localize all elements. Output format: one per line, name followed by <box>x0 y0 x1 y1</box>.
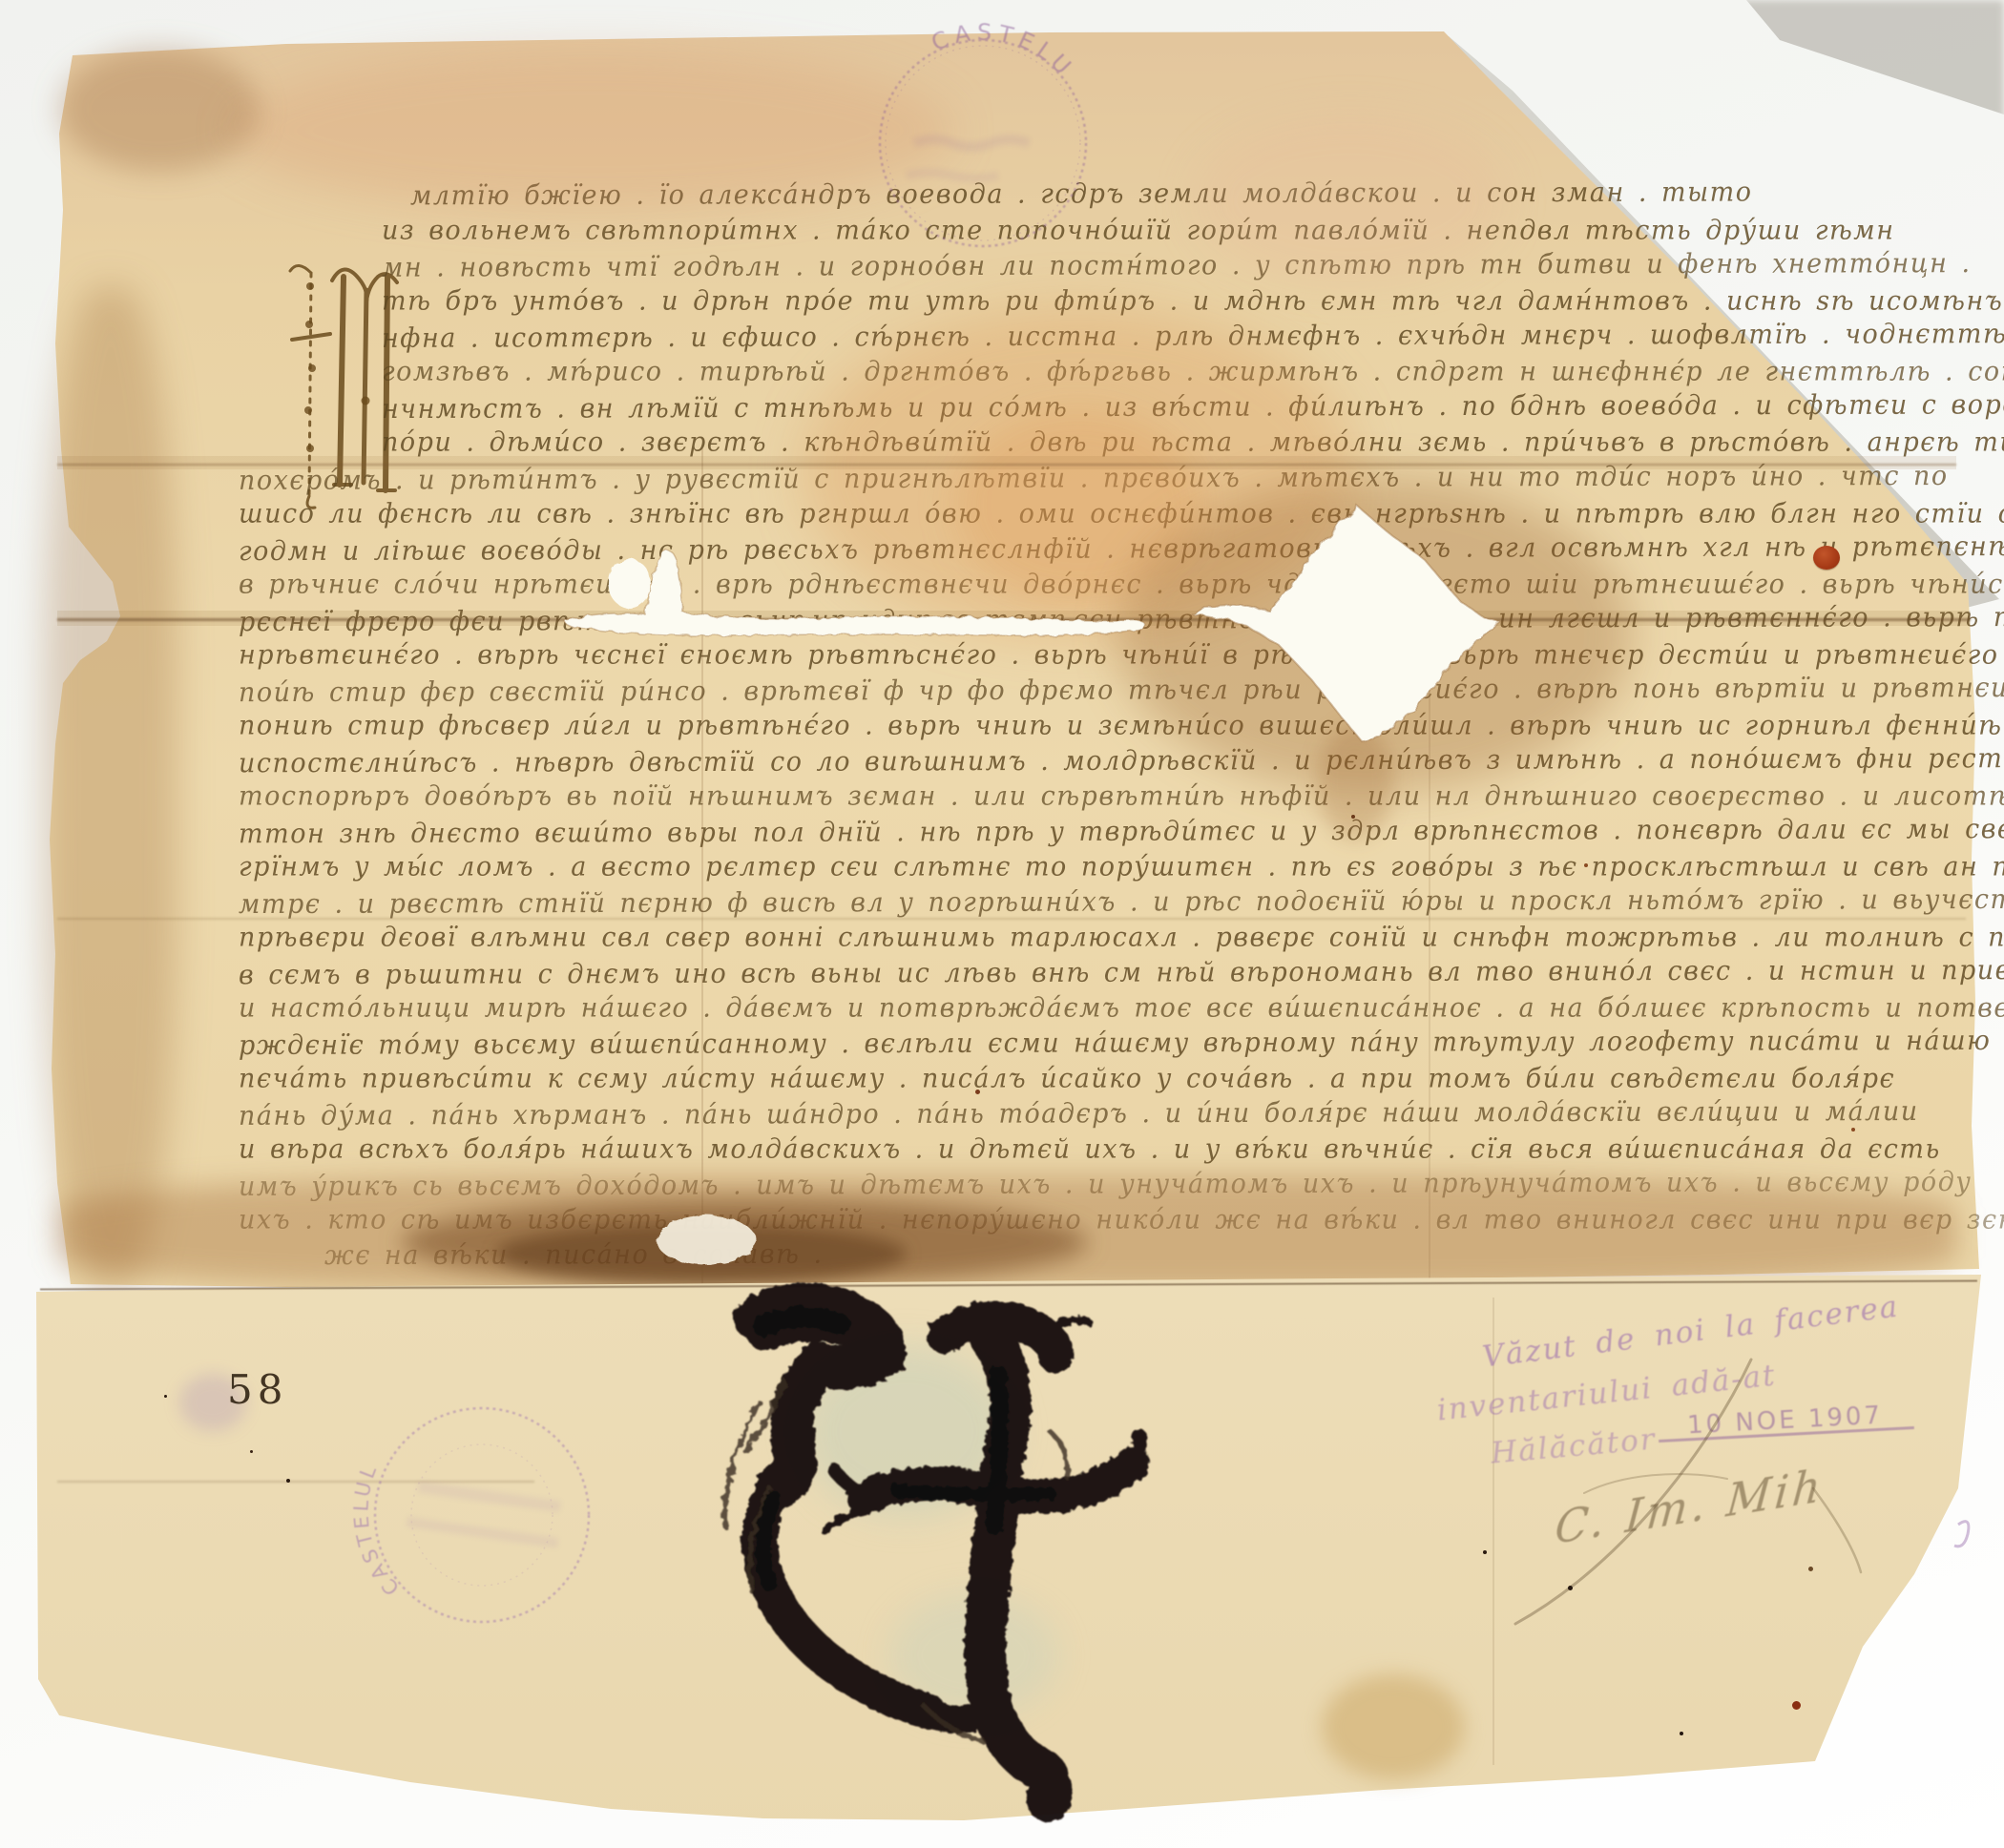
seal-cord <box>0 0 2004 1848</box>
photo-of-charter: млтїю бжїею . їо алекса́ндръ воевода . г… <box>0 0 2004 1848</box>
